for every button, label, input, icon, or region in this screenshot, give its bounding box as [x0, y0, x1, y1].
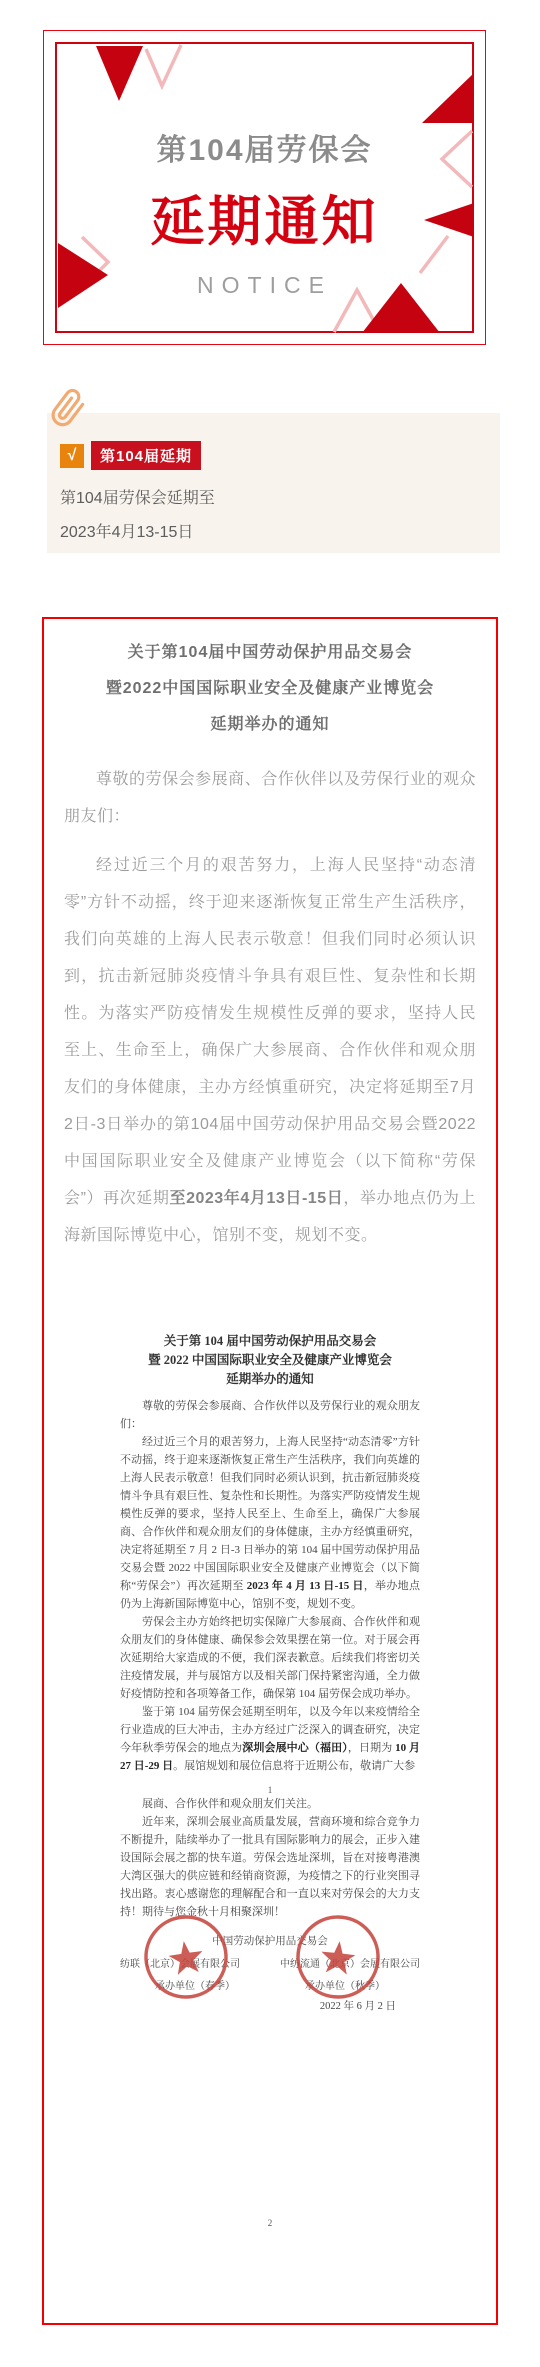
notice-banner: 第104届劳保会 延期通知 NOTICE: [43, 30, 486, 345]
banner-subtitle: 第104届劳保会: [44, 125, 485, 169]
scanned-document: 关于第 104 届中国劳动保护用品交易会 暨 2022 中国国际职业安全及健康产…: [120, 1332, 420, 2228]
postpone-badge: 第104届延期: [91, 441, 201, 470]
badge-row: √ 第104届延期: [47, 413, 500, 470]
banner-text: 第104届劳保会 延期通知 NOTICE: [44, 125, 485, 299]
notice-new-date: 至2023年4月13日-15日: [170, 1190, 344, 1207]
scan-page-number-1: 1: [120, 1785, 420, 1795]
scan-page2-paragraph-2: 近年来，深圳会展业高质量发展，营商环境和综合竞争力不断提升，陆续举办了一批具有国…: [120, 1813, 420, 1921]
notice-title-line-1: 关于第104届中国劳动保护用品交易会: [64, 635, 476, 671]
seal-left-icon: [136, 1907, 235, 2006]
seal-right-icon: [290, 1909, 387, 2006]
scan-paragraph-4-tail: 。展馆规划和展位信息将于近期公布，敬请广大参: [173, 1760, 415, 1772]
triangle-top-left-icon: [96, 45, 181, 101]
notice-title-line-3: 延期举办的通知: [64, 707, 476, 743]
signature-block: 中国劳动保护用品交易会 纺联（北京）会展有限公司 中纺流通（北京）会展有限公司 …: [120, 1927, 420, 2023]
banner-title: 延期通知: [44, 179, 485, 256]
banner-caption: NOTICE: [44, 272, 485, 299]
scan-autumn-venue: 深圳会展中心（福田）: [242, 1742, 348, 1754]
notice-title: 关于第104届中国劳动保护用品交易会 暨2022中国国际职业安全及健康产业博览会…: [64, 635, 476, 743]
article-page: 第104届劳保会 延期通知 NOTICE √ 第104届延期 第104届劳保会延…: [0, 0, 540, 2367]
notice-paragraph-2-text: 经过近三个月的艰苦努力，上海人民坚持“动态清零”方针不动摇，终于迎来逐渐恢复正常…: [64, 857, 476, 1207]
scan-page2-paragraph-1: 展商、合作伙伴和观众朋友们关注。: [120, 1795, 420, 1813]
scan-page-number-2: 2: [120, 2218, 420, 2228]
notice-card: 关于第104届中国劳动保护用品交易会 暨2022中国国际职业安全及健康产业博览会…: [42, 617, 498, 2325]
summary-line-1: 第104届劳保会延期至: [60, 482, 500, 516]
summary-box: √ 第104届延期 第104届劳保会延期至 2023年4月13-15日: [47, 413, 500, 553]
notice-paragraph-1: 尊敬的劳保会参展商、合作伙伴以及劳保行业的观众朋友们：: [64, 761, 476, 835]
check-icon: √: [60, 444, 84, 468]
paperclip-icon: [47, 387, 90, 430]
scan-title-line-2: 暨 2022 中国国际职业安全及健康产业博览会: [120, 1351, 420, 1370]
summary-line-2: 2023年4月13-15日: [60, 516, 500, 550]
notice-paragraph-2: 经过近三个月的艰苦努力，上海人民坚持“动态清零”方针不动摇，终于迎来逐渐恢复正常…: [64, 847, 476, 1254]
scan-paragraph-2-text: 经过近三个月的艰苦努力，上海人民坚持“动态清零”方针不动摇，终于迎来逐渐恢复正常…: [120, 1436, 420, 1592]
scan-title-line-1: 关于第 104 届中国劳动保护用品交易会: [120, 1332, 420, 1351]
scan-paragraph-2: 经过近三个月的艰苦努力，上海人民坚持“动态清零”方针不动摇，终于迎来逐渐恢复正常…: [120, 1433, 420, 1613]
scan-title-line-3: 延期举办的通知: [120, 1370, 420, 1389]
scan-title: 关于第 104 届中国劳动保护用品交易会 暨 2022 中国国际职业安全及健康产…: [120, 1332, 420, 1389]
scan-paragraph-1: 尊敬的劳保会参展商、合作伙伴以及劳保行业的观众朋友们：: [120, 1397, 420, 1433]
scan-paragraph-4: 鉴于第 104 届劳保会延期至明年，以及今年以来疫情给全行业造成的巨大冲击，主办…: [120, 1703, 420, 1775]
scan-paragraph-3: 劳保会主办方始终把切实保障广大参展商、合作伙伴和观众朋友们的身体健康、确保参会效…: [120, 1613, 420, 1703]
scan-new-date: 2023 年 4 月 13 日-15 日: [247, 1580, 364, 1592]
notice-title-line-2: 暨2022中国国际职业安全及健康产业博览会: [64, 671, 476, 707]
scan-paragraph-4-mid: ，日期为: [348, 1742, 395, 1754]
